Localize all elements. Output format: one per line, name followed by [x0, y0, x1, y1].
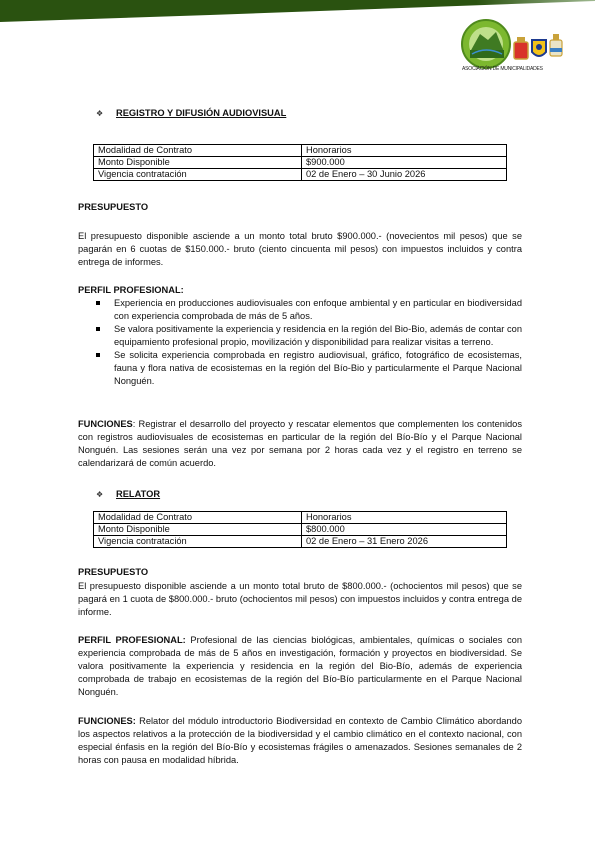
funciones-paragraph: FUNCIONES: Relator del módulo introducto… — [78, 715, 522, 767]
square-bullet-icon — [96, 353, 100, 357]
funciones-label: FUNCIONES: — [78, 716, 136, 726]
table-row: Monto Disponible $800.000 — [94, 524, 507, 536]
perfil-list: Experiencia en producciones audiovisuale… — [78, 297, 522, 388]
perfil-paragraph: PERFIL PROFESIONAL: Profesional de las c… — [78, 634, 522, 699]
table-value: 02 de Enero – 31 Enero 2026 — [302, 536, 507, 548]
table-row: Modalidad de Contrato Honorarios — [94, 512, 507, 524]
table-value: Honorarios — [302, 145, 507, 157]
funciones-text: Relator del módulo introductorio Biodive… — [78, 716, 522, 765]
table-value: 02 de Enero – 30 Junio 2026 — [302, 169, 507, 181]
square-bullet-icon — [96, 327, 100, 331]
perfil-heading: PERFIL PROFESIONAL: — [78, 284, 522, 297]
coat-of-arms-3-icon — [550, 34, 562, 56]
logo-caption: ASOCIACIÓN DE MUNICIPALIDADES — [462, 66, 572, 72]
table-key: Modalidad de Contrato — [94, 512, 302, 524]
table-row: Monto Disponible $900.000 — [94, 157, 507, 169]
list-item: Se solicita experiencia comprobada en re… — [78, 349, 522, 388]
presupuesto-text: El presupuesto disponible asciende a un … — [78, 230, 522, 269]
contract-table-registro: Modalidad de Contrato Honorarios Monto D… — [93, 144, 507, 181]
list-item: Experiencia en producciones audiovisuale… — [78, 297, 522, 323]
table-row: Vigencia contratación 02 de Enero – 31 E… — [94, 536, 507, 548]
section-heading-registro: ❖REGISTRO Y DIFUSIÓN AUDIOVISUAL — [96, 108, 286, 118]
table-key: Modalidad de Contrato — [94, 145, 302, 157]
diamond-bullet-icon: ❖ — [96, 109, 110, 118]
funciones-paragraph: FUNCIONES: Registrar el desarrollo del p… — [78, 418, 522, 470]
table-key: Vigencia contratación — [94, 169, 302, 181]
presupuesto-text: El presupuesto disponible asciende a un … — [78, 580, 522, 619]
table-row: Modalidad de Contrato Honorarios — [94, 145, 507, 157]
list-item: Se valora positivamente la experiencia y… — [78, 323, 522, 349]
square-bullet-icon — [96, 301, 100, 305]
table-value: Honorarios — [302, 512, 507, 524]
section-title: RELATOR — [116, 489, 160, 499]
diamond-bullet-icon: ❖ — [96, 490, 110, 499]
coat-of-arms-2-icon — [532, 40, 546, 56]
table-value: $900.000 — [302, 157, 507, 169]
table-value: $800.000 — [302, 524, 507, 536]
presupuesto-heading: PRESUPUESTO — [78, 566, 522, 579]
contract-table-relator: Modalidad de Contrato Honorarios Monto D… — [93, 511, 507, 548]
table-row: Vigencia contratación 02 de Enero – 30 J… — [94, 169, 507, 181]
presupuesto-heading: PRESUPUESTO — [78, 201, 522, 214]
table-key: Monto Disponible — [94, 524, 302, 536]
funciones-label: FUNCIONES — [78, 419, 133, 429]
section-heading-relator: ❖RELATOR — [96, 489, 160, 499]
section-title: REGISTRO Y DIFUSIÓN AUDIOVISUAL — [116, 108, 286, 118]
funciones-text: : Registrar el desarrollo del proyecto y… — [78, 419, 522, 468]
table-key: Vigencia contratación — [94, 536, 302, 548]
table-key: Monto Disponible — [94, 157, 302, 169]
perfil-label: PERFIL PROFESIONAL: — [78, 635, 186, 645]
coat-of-arms-1-icon — [514, 37, 528, 59]
